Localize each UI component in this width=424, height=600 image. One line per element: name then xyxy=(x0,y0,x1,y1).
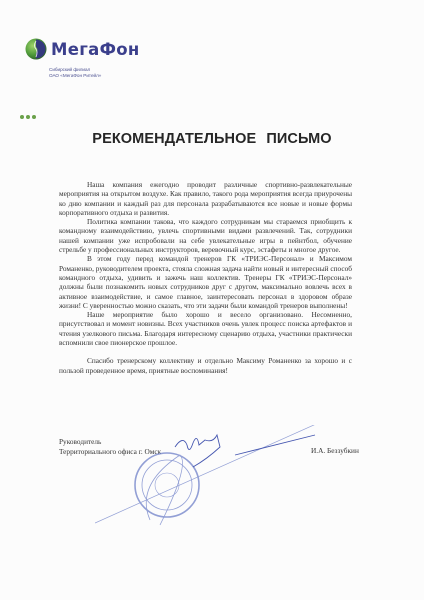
letter-body: Наша компания ежегодно проводит различны… xyxy=(59,180,352,375)
paragraph-1: Наша компания ежегодно проводит различны… xyxy=(59,180,352,217)
paragraph-4: Наше мероприятие было хорошо и весело ор… xyxy=(59,310,352,347)
megafon-logo-icon xyxy=(25,38,47,60)
decorative-dots xyxy=(20,115,36,119)
paragraph-5: Спасибо тренерскому коллективу и отдельн… xyxy=(59,356,352,375)
letter-title: РЕКОМЕНДАТЕЛЬНОЕ ПИСЬМО xyxy=(0,131,424,147)
branch-line-2: ОАО «МегаФон Ритейл» xyxy=(49,73,101,79)
dot-icon xyxy=(20,115,24,119)
position-line-2: Территориального офиса г. Омск xyxy=(59,447,161,457)
branch-info: Сибирский филиал ОАО «МегаФон Ритейл» xyxy=(49,67,101,79)
company-logo: МегаФон xyxy=(25,38,140,60)
signatory-position: Руководитель Территориального офиса г. О… xyxy=(59,437,161,456)
dot-icon xyxy=(32,115,36,119)
dot-icon xyxy=(26,115,30,119)
position-line-1: Руководитель xyxy=(59,437,161,447)
signatory-name: И.А. Беззубкин xyxy=(311,446,359,455)
paragraph-2: Политика компании такова, что каждого со… xyxy=(59,217,352,254)
brand-name: МегаФон xyxy=(51,40,140,59)
letter-page: МегаФон Сибирский филиал ОАО «МегаФон Ри… xyxy=(0,0,424,600)
paragraph-3: В этом году перед командой тренеров ГК «… xyxy=(59,254,352,310)
